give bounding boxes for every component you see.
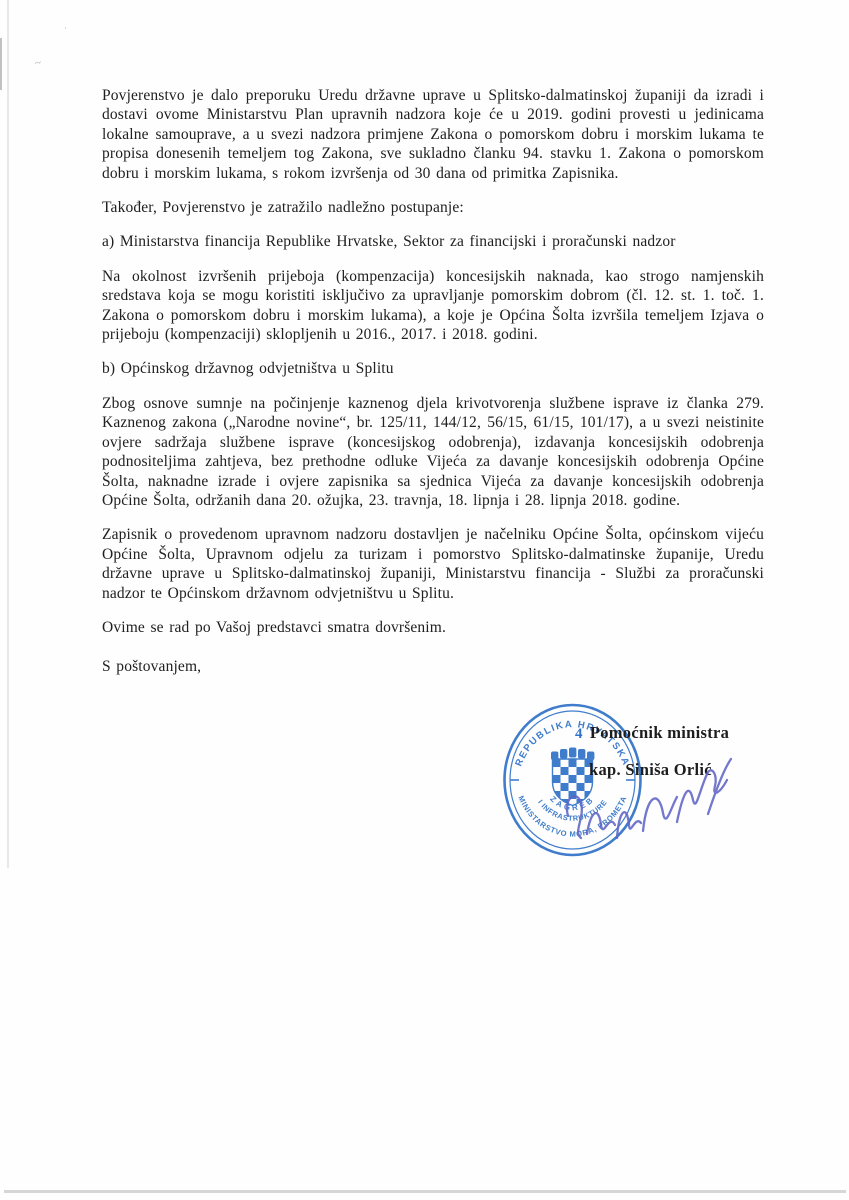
paragraph-item-a-detail: Na okolnost izvršenih prijeboja (kompenz… [102, 267, 764, 345]
scan-speck: ~ [35, 59, 46, 66]
paragraph-item-b-detail: Zbog osnove sumnje na počinjenje kazneno… [102, 394, 764, 510]
stamp-copy-number: 4 [575, 726, 583, 742]
handwritten-signature [558, 752, 748, 847]
letter-body: Povjerenstvo je dalo preporuku Uredu drž… [102, 86, 764, 692]
paragraph-distribution: Zapisnik o provedenom upravnom nadzoru d… [102, 525, 764, 603]
paragraph-item-b: b) Općinskog državnog odvjetništva u Spl… [102, 359, 764, 378]
paragraph-salutation: S poštovanjem, [102, 657, 764, 676]
scan-speck: · [64, 26, 69, 31]
scan-edge-mark-left [0, 38, 2, 90]
scan-edge-line-bottom [4, 1190, 846, 1193]
paragraph-conclusion: Ovime se rad po Vašoj predstavci smatra … [102, 618, 764, 637]
paragraph-intro-request: Također, Povjerenstvo je zatražilo nadle… [102, 198, 764, 217]
paragraph-item-a: a) Ministarstva financija Republike Hrva… [102, 232, 764, 251]
scan-edge-line-left [7, 0, 9, 868]
document-page: · ~ Povjerenstvo je dalo preporuku Uredu… [0, 0, 849, 1200]
signer-title: Pomoćnik ministra [590, 723, 729, 742]
paragraph-recommendation: Povjerenstvo je dalo preporuku Uredu drž… [102, 86, 764, 183]
signer-title-row: 4Pomoćnik ministra [575, 723, 729, 743]
